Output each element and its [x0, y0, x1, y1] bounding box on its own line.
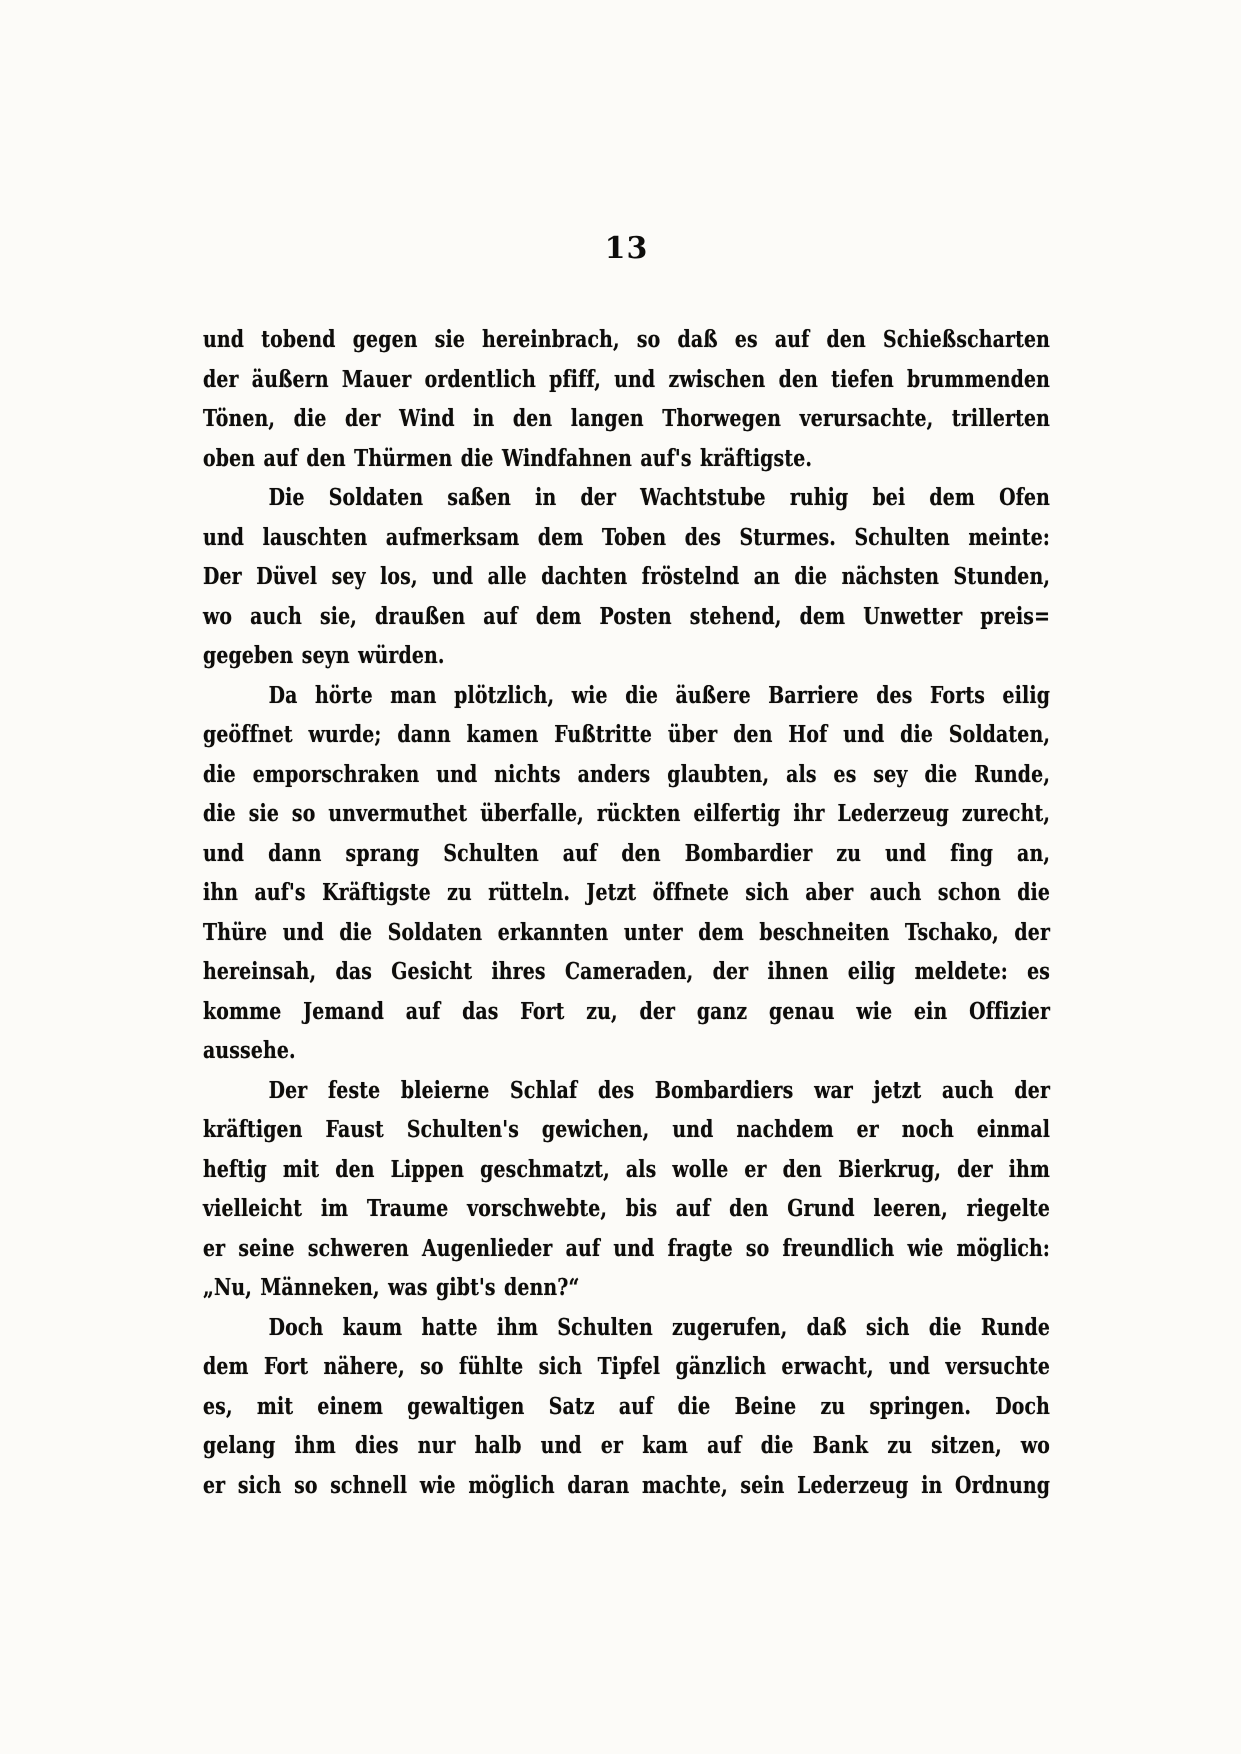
text-line: Doch kaum hatte ihm Schulten zugerufen, …	[203, 1308, 1050, 1348]
text-line: geöffnet wurde; dann kamen Fußtritte übe…	[203, 715, 1050, 755]
text-line: die emporschraken und nichts anders glau…	[203, 755, 1050, 795]
page-number: 13	[203, 231, 1050, 266]
text-block: und tobend gegen sie hereinbrach, so daß…	[203, 320, 1050, 1505]
text-line: gegeben seyn würden.	[203, 636, 1050, 676]
text-line: Tönen, die der Wind in den langen Thorwe…	[203, 399, 1050, 439]
text-line: aussehe.	[203, 1031, 1050, 1071]
scanned-book-page: 13 und tobend gegen sie hereinbrach, so …	[0, 0, 1241, 1754]
text-line: Der Düvel sey los, und alle dachten frös…	[203, 557, 1050, 597]
text-line: und lauschten aufmerksam dem Toben des S…	[203, 518, 1050, 558]
text-line: „Nu, Männeken, was gibt's denn?“	[203, 1268, 1050, 1308]
text-line: komme Jemand auf das Fort zu, der ganz g…	[203, 992, 1050, 1032]
text-line: er seine schweren Augenlieder auf und fr…	[203, 1229, 1050, 1269]
text-line: Der feste bleierne Schlaf des Bombardier…	[203, 1071, 1050, 1111]
text-line: ihn auf's Kräftigste zu rütteln. Jetzt ö…	[203, 873, 1050, 913]
text-line: der äußern Mauer ordentlich pfiff, und z…	[203, 360, 1050, 400]
text-line: und tobend gegen sie hereinbrach, so daß…	[203, 320, 1050, 360]
text-line: oben auf den Thürmen die Windfahnen auf'…	[203, 439, 1050, 479]
text-line: kräftigen Faust Schulten's gewichen, und…	[203, 1110, 1050, 1150]
text-line: Die Soldaten saßen in der Wachtstube ruh…	[203, 478, 1050, 518]
text-line: die sie so unvermuthet überfalle, rückte…	[203, 794, 1050, 834]
text-line: hereinsah, das Gesicht ihres Cameraden, …	[203, 952, 1050, 992]
text-line: Thüre und die Soldaten erkannten unter d…	[203, 913, 1050, 953]
text-line: dem Fort nähere, so fühlte sich Tipfel g…	[203, 1347, 1050, 1387]
text-line: Da hörte man plötzlich, wie die äußere B…	[203, 676, 1050, 716]
text-line: und dann sprang Schulten auf den Bombard…	[203, 834, 1050, 874]
text-line: vielleicht im Traume vorschwebte, bis au…	[203, 1189, 1050, 1229]
text-line: wo auch sie, draußen auf dem Posten steh…	[203, 597, 1050, 637]
text-line: gelang ihm dies nur halb und er kam auf …	[203, 1426, 1050, 1466]
text-line: es, mit einem gewaltigen Satz auf die Be…	[203, 1387, 1050, 1427]
text-line: heftig mit den Lippen geschmatzt, als wo…	[203, 1150, 1050, 1190]
text-line: er sich so schnell wie möglich daran mac…	[203, 1466, 1050, 1506]
